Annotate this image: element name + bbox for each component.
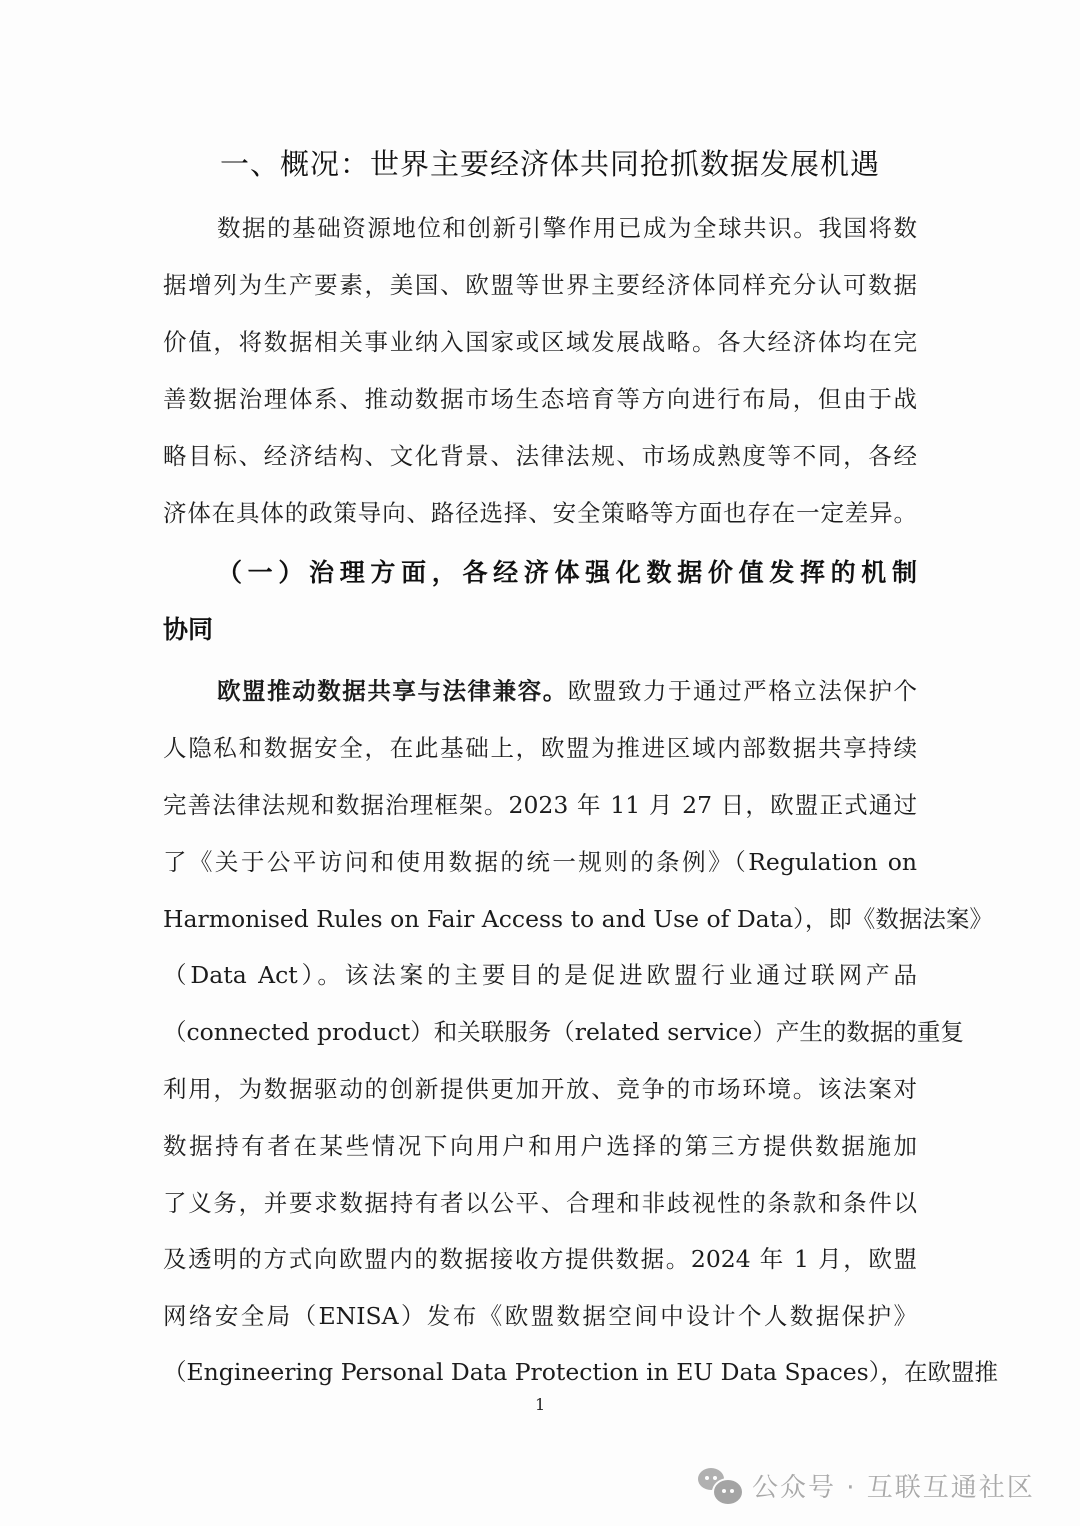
paragraph-line: 利用，为数据驱动的创新提供更加开放、竞争的市场环境。该法案对: [163, 1072, 917, 1106]
paragraph-line: （Engineering Personal Data Protection in…: [163, 1355, 917, 1389]
paragraph-line: 数据的基础资源地位和创新引擎作用已成为全球共识。我国将数: [217, 211, 917, 245]
paragraph-line: 了义务，并要求数据持有者以公平、合理和非歧视性的条款和条件以: [163, 1186, 917, 1220]
paragraph-line: 略目标、经济结构、文化背景、法律法规、市场成熟度等不同，各经: [163, 439, 917, 473]
paragraph-line: 数据持有者在某些情况下向用户和用户选择的第三方提供数据施加: [163, 1129, 917, 1163]
paragraph-line: 欧盟推动数据共享与法律兼容。欧盟致力于通过严格立法保护个: [217, 674, 917, 708]
paragraph-text: 欧盟致力于通过严格立法保护个: [568, 677, 917, 705]
paragraph-line: 据增列为生产要素，美国、欧盟等世界主要经济体同样充分认可数据: [163, 268, 917, 302]
paragraph-line: 及透明的方式向欧盟内的数据接收方提供数据。2024 年 1 月，欧盟: [163, 1242, 917, 1276]
wechat-icon: [698, 1466, 742, 1504]
watermark: 公众号 · 互联互通社区: [698, 1466, 1035, 1504]
paragraph-line: Harmonised Rules on Fair Access to and U…: [163, 902, 917, 936]
paragraph-line: 了《关于公平访问和使用数据的统一规则的条例》（Regulation on: [163, 845, 917, 879]
paragraph-line: （Data Act）。该法案的主要目的是促进欧盟行业通过联网产品: [163, 958, 917, 992]
page-number: 1: [535, 1395, 545, 1414]
subsection-heading: （一）治理方面，各经济体强化数据价值发挥的机制: [217, 555, 917, 591]
subsection-heading-continued: 协同: [163, 612, 213, 648]
paragraph-line: 人隐私和数据安全，在此基础上，欧盟为推进区域内部数据共享持续: [163, 731, 917, 765]
paragraph-line: 价值，将数据相关事业纳入国家或区域发展战略。各大经济体均在完: [163, 325, 917, 359]
paragraph-line: （connected product）和关联服务（related service…: [163, 1015, 917, 1049]
document-page: 一、概况：世界主要经济体共同抢抓数据发展机遇 数据的基础资源地位和创新引擎作用已…: [0, 0, 1080, 1526]
paragraph-line: 完善法律法规和数据治理框架。2023 年 11 月 27 日，欧盟正式通过: [163, 788, 917, 822]
paragraph-line: 善数据治理体系、推动数据市场生态培育等方向进行布局，但由于战: [163, 382, 917, 416]
watermark-text: 公众号 · 互联互通社区: [752, 1467, 1035, 1504]
paragraph-line: 济体在具体的政策导向、路径选择、安全策略等方面也存在一定差异。: [163, 496, 917, 530]
paragraph-lead: 欧盟推动数据共享与法律兼容。: [217, 677, 568, 705]
paragraph-line: 网络安全局（ENISA）发布《欧盟数据空间中设计个人数据保护》: [163, 1299, 917, 1333]
section-heading: 一、概况：世界主要经济体共同抢抓数据发展机遇: [220, 142, 920, 183]
